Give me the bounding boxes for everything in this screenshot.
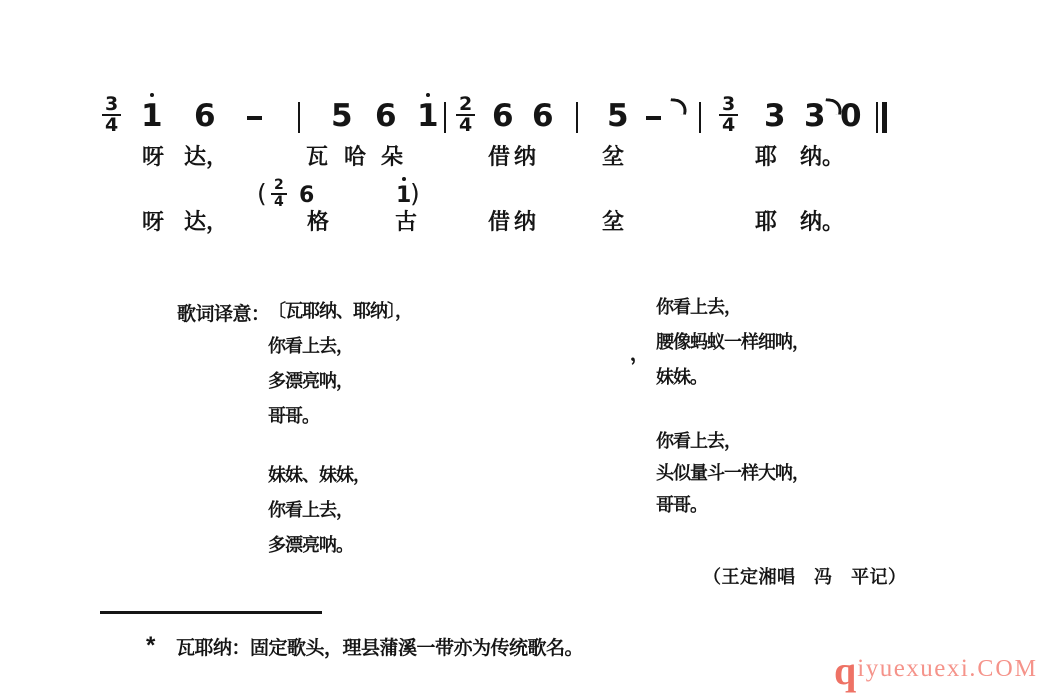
- lyric-syllable: 坌: [602, 145, 624, 169]
- note-digit: 1: [141, 100, 163, 132]
- translation-line: 头似量斗一样大呐，: [656, 457, 809, 489]
- translation-line: 你看上去，: [268, 493, 370, 528]
- lyric-syllable: 呀: [142, 210, 164, 234]
- time-signature-numerator: 2: [271, 179, 287, 195]
- translation-right-stanza-1: 你看上去， 腰像蚂蚁一样细呐， 妹妹。: [656, 290, 809, 395]
- lyric-syllable: 达，: [184, 210, 228, 234]
- site-watermark: qiyuexuexi.COM: [834, 647, 1038, 694]
- lyric-syllable: 呀: [142, 145, 164, 169]
- lyric-syllable: 格: [307, 210, 329, 234]
- stray-ink-mark: ，: [625, 334, 651, 367]
- time-signature-numerator: 3: [102, 96, 121, 116]
- time-signature: 2 4: [456, 96, 475, 134]
- final-barline: [876, 102, 887, 133]
- note: 6: [375, 100, 397, 132]
- footnote-divider: [100, 611, 322, 614]
- translation-line: 〔瓦耶纳、耶纳〕，: [268, 294, 412, 329]
- time-signature-denominator: 4: [722, 116, 735, 134]
- octave-dot-icon: [402, 177, 406, 181]
- note: 6: [194, 100, 216, 132]
- time-signature-numerator: 3: [719, 96, 738, 116]
- translation-heading: 歌词译意：: [177, 299, 270, 326]
- note: 6: [492, 100, 514, 132]
- note-digit: 1: [417, 100, 439, 132]
- time-signature-numerator: 2: [456, 96, 475, 116]
- translation-line: 多漂亮呐。: [268, 528, 370, 563]
- lyric-syllable: 纳: [514, 145, 536, 169]
- lyric-syllable: 古: [395, 210, 417, 234]
- translation-line: 妹妹。: [656, 360, 809, 395]
- translation-left-stanza-2: 妹妹、妹妹， 你看上去， 多漂亮呐。: [268, 458, 370, 563]
- singer-transcriber-credit: （王定湘唱 冯 平记）: [703, 563, 907, 589]
- translation-left-stanza-1: 〔瓦耶纳、耶纳〕， 你看上去， 多漂亮呐， 哥哥。: [268, 294, 412, 434]
- lyric-syllable: 纳: [514, 210, 536, 234]
- translation-line: 腰像蚂蚁一样细呐，: [656, 325, 809, 360]
- duration-dash: [646, 116, 661, 120]
- note-high-octave: 1: [417, 100, 439, 132]
- translation-line: 哥哥。: [268, 399, 412, 434]
- footnote-text: 瓦耶纳：固定歌头，理县蒲溪一带亦为传统歌名。: [176, 633, 583, 660]
- note: 6: [532, 100, 554, 132]
- time-signature-denominator: 4: [274, 195, 284, 209]
- footnote-asterisk: *: [146, 636, 155, 656]
- lyric-syllable: 纳。: [800, 145, 844, 169]
- close-paren: ): [410, 181, 420, 207]
- open-paren: (: [257, 181, 267, 207]
- barline: [298, 102, 300, 133]
- time-signature: 2 4: [271, 179, 287, 209]
- translation-line: 你看上去，: [656, 425, 809, 457]
- lyric-syllable: 坌: [602, 210, 624, 234]
- translation-line: 哥哥。: [656, 489, 809, 521]
- duration-dash: [247, 116, 262, 120]
- note: 6: [299, 184, 314, 207]
- lyric-syllable: 借: [488, 210, 510, 234]
- lyric-syllable: 朵: [381, 145, 403, 169]
- barline: [444, 102, 446, 133]
- sheet-music-page: 3 4 1 6 5 6 1 2 4 6 6 5 3 4 3 3: [0, 0, 1054, 698]
- translation-line: 你看上去，: [268, 329, 412, 364]
- note: 3: [804, 100, 826, 132]
- octave-dot-icon: [150, 93, 154, 97]
- watermark-logo-letter: q: [834, 648, 857, 693]
- time-signature-denominator: 4: [105, 116, 118, 134]
- time-signature: 3 4: [102, 96, 121, 134]
- note: 5: [331, 100, 353, 132]
- lyric-syllable: 纳。: [800, 210, 844, 234]
- rest-note: 0: [840, 100, 862, 132]
- barline: [699, 102, 701, 133]
- lyric-syllable: 达，: [184, 145, 228, 169]
- lyric-syllable: 瓦: [306, 145, 328, 169]
- octave-dot-icon: [426, 93, 430, 97]
- slide-down-icon: [669, 98, 687, 115]
- watermark-domain-suffix: .COM: [969, 656, 1038, 682]
- note-high-octave: 1: [141, 100, 163, 132]
- note: 3: [764, 100, 786, 132]
- lyric-syllable: 耶: [755, 145, 777, 169]
- barline: [576, 102, 578, 133]
- time-signature: 3 4: [719, 96, 738, 134]
- translation-line: 妹妹、妹妹，: [268, 458, 370, 493]
- time-signature-denominator: 4: [459, 116, 472, 134]
- translation-line: 你看上去，: [656, 290, 809, 325]
- note: 5: [607, 100, 629, 132]
- translation-line: 多漂亮呐，: [268, 364, 412, 399]
- lyric-syllable: 耶: [755, 210, 777, 234]
- translation-right-stanza-2: 你看上去， 头似量斗一样大呐， 哥哥。: [656, 425, 809, 521]
- lyric-syllable: 借: [488, 145, 510, 169]
- watermark-text: iyuexuexi: [857, 655, 969, 682]
- lyric-syllable: 哈: [344, 145, 366, 169]
